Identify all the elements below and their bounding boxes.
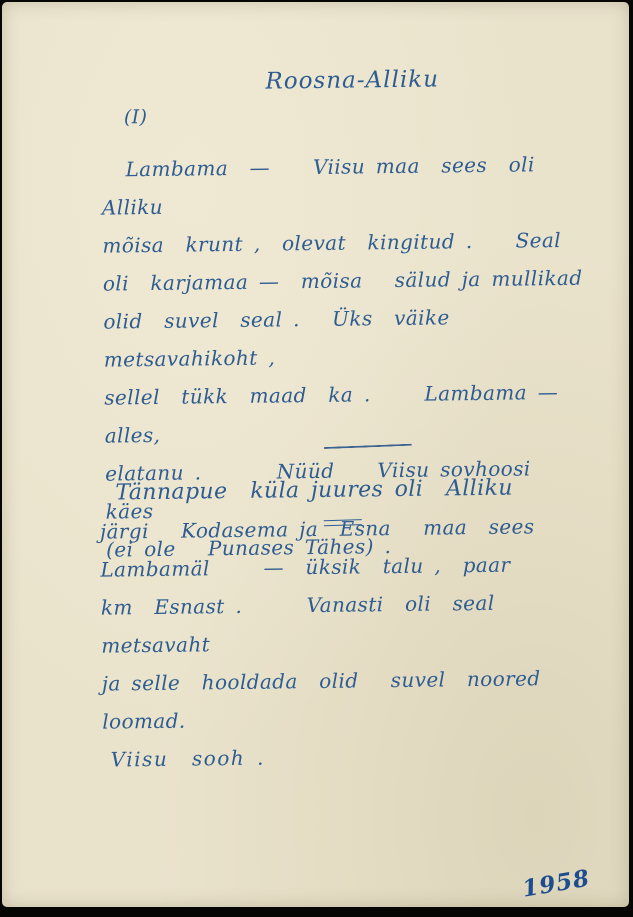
handwritten-line: ja selle hooldada olid suvel noored loom… xyxy=(102,659,603,741)
page-title: Roosna-Alliku xyxy=(265,60,439,100)
paper-sheet: Roosna-Alliku (I) Lambama — Viisu maa se… xyxy=(2,2,629,907)
year-annotation: 1958 xyxy=(520,860,593,909)
handwritten-line: Lambama — Viisu maa sees oli Alliku xyxy=(101,145,592,227)
page-numbering: (I) xyxy=(124,98,148,136)
paragraph-2: Tännapue küla juures oli Alliku järgi Ko… xyxy=(99,469,603,779)
handwritten-line: mõisa krunt , olevat kingitud . Seal xyxy=(102,221,592,265)
handwritten-line: järgi Kodasema ja Esna maa sees xyxy=(100,507,600,551)
handwriting-layer: Roosna-Alliku (I) Lambama — Viisu maa se… xyxy=(0,0,633,911)
handwritten-line: km Esnast . Vanasti oli seal metsavaht xyxy=(101,583,602,665)
handwritten-line: olid suvel seal . Üks väike metsavahikoh… xyxy=(103,297,594,379)
handwritten-line: Tännapue küla juures oli Alliku xyxy=(99,469,599,513)
handwritten-line: sellel tükk maad ka . Lambama — alles, xyxy=(104,373,595,455)
handwritten-line: Lambamäl — üksik talu , paar xyxy=(100,545,600,589)
scanned-page: Roosna-Alliku (I) Lambama — Viisu maa se… xyxy=(0,0,633,917)
handwritten-line: Viisu sooh . xyxy=(102,735,602,779)
handwritten-line: oli karjamaa — mõisa sälud ja mullikad xyxy=(103,259,593,303)
